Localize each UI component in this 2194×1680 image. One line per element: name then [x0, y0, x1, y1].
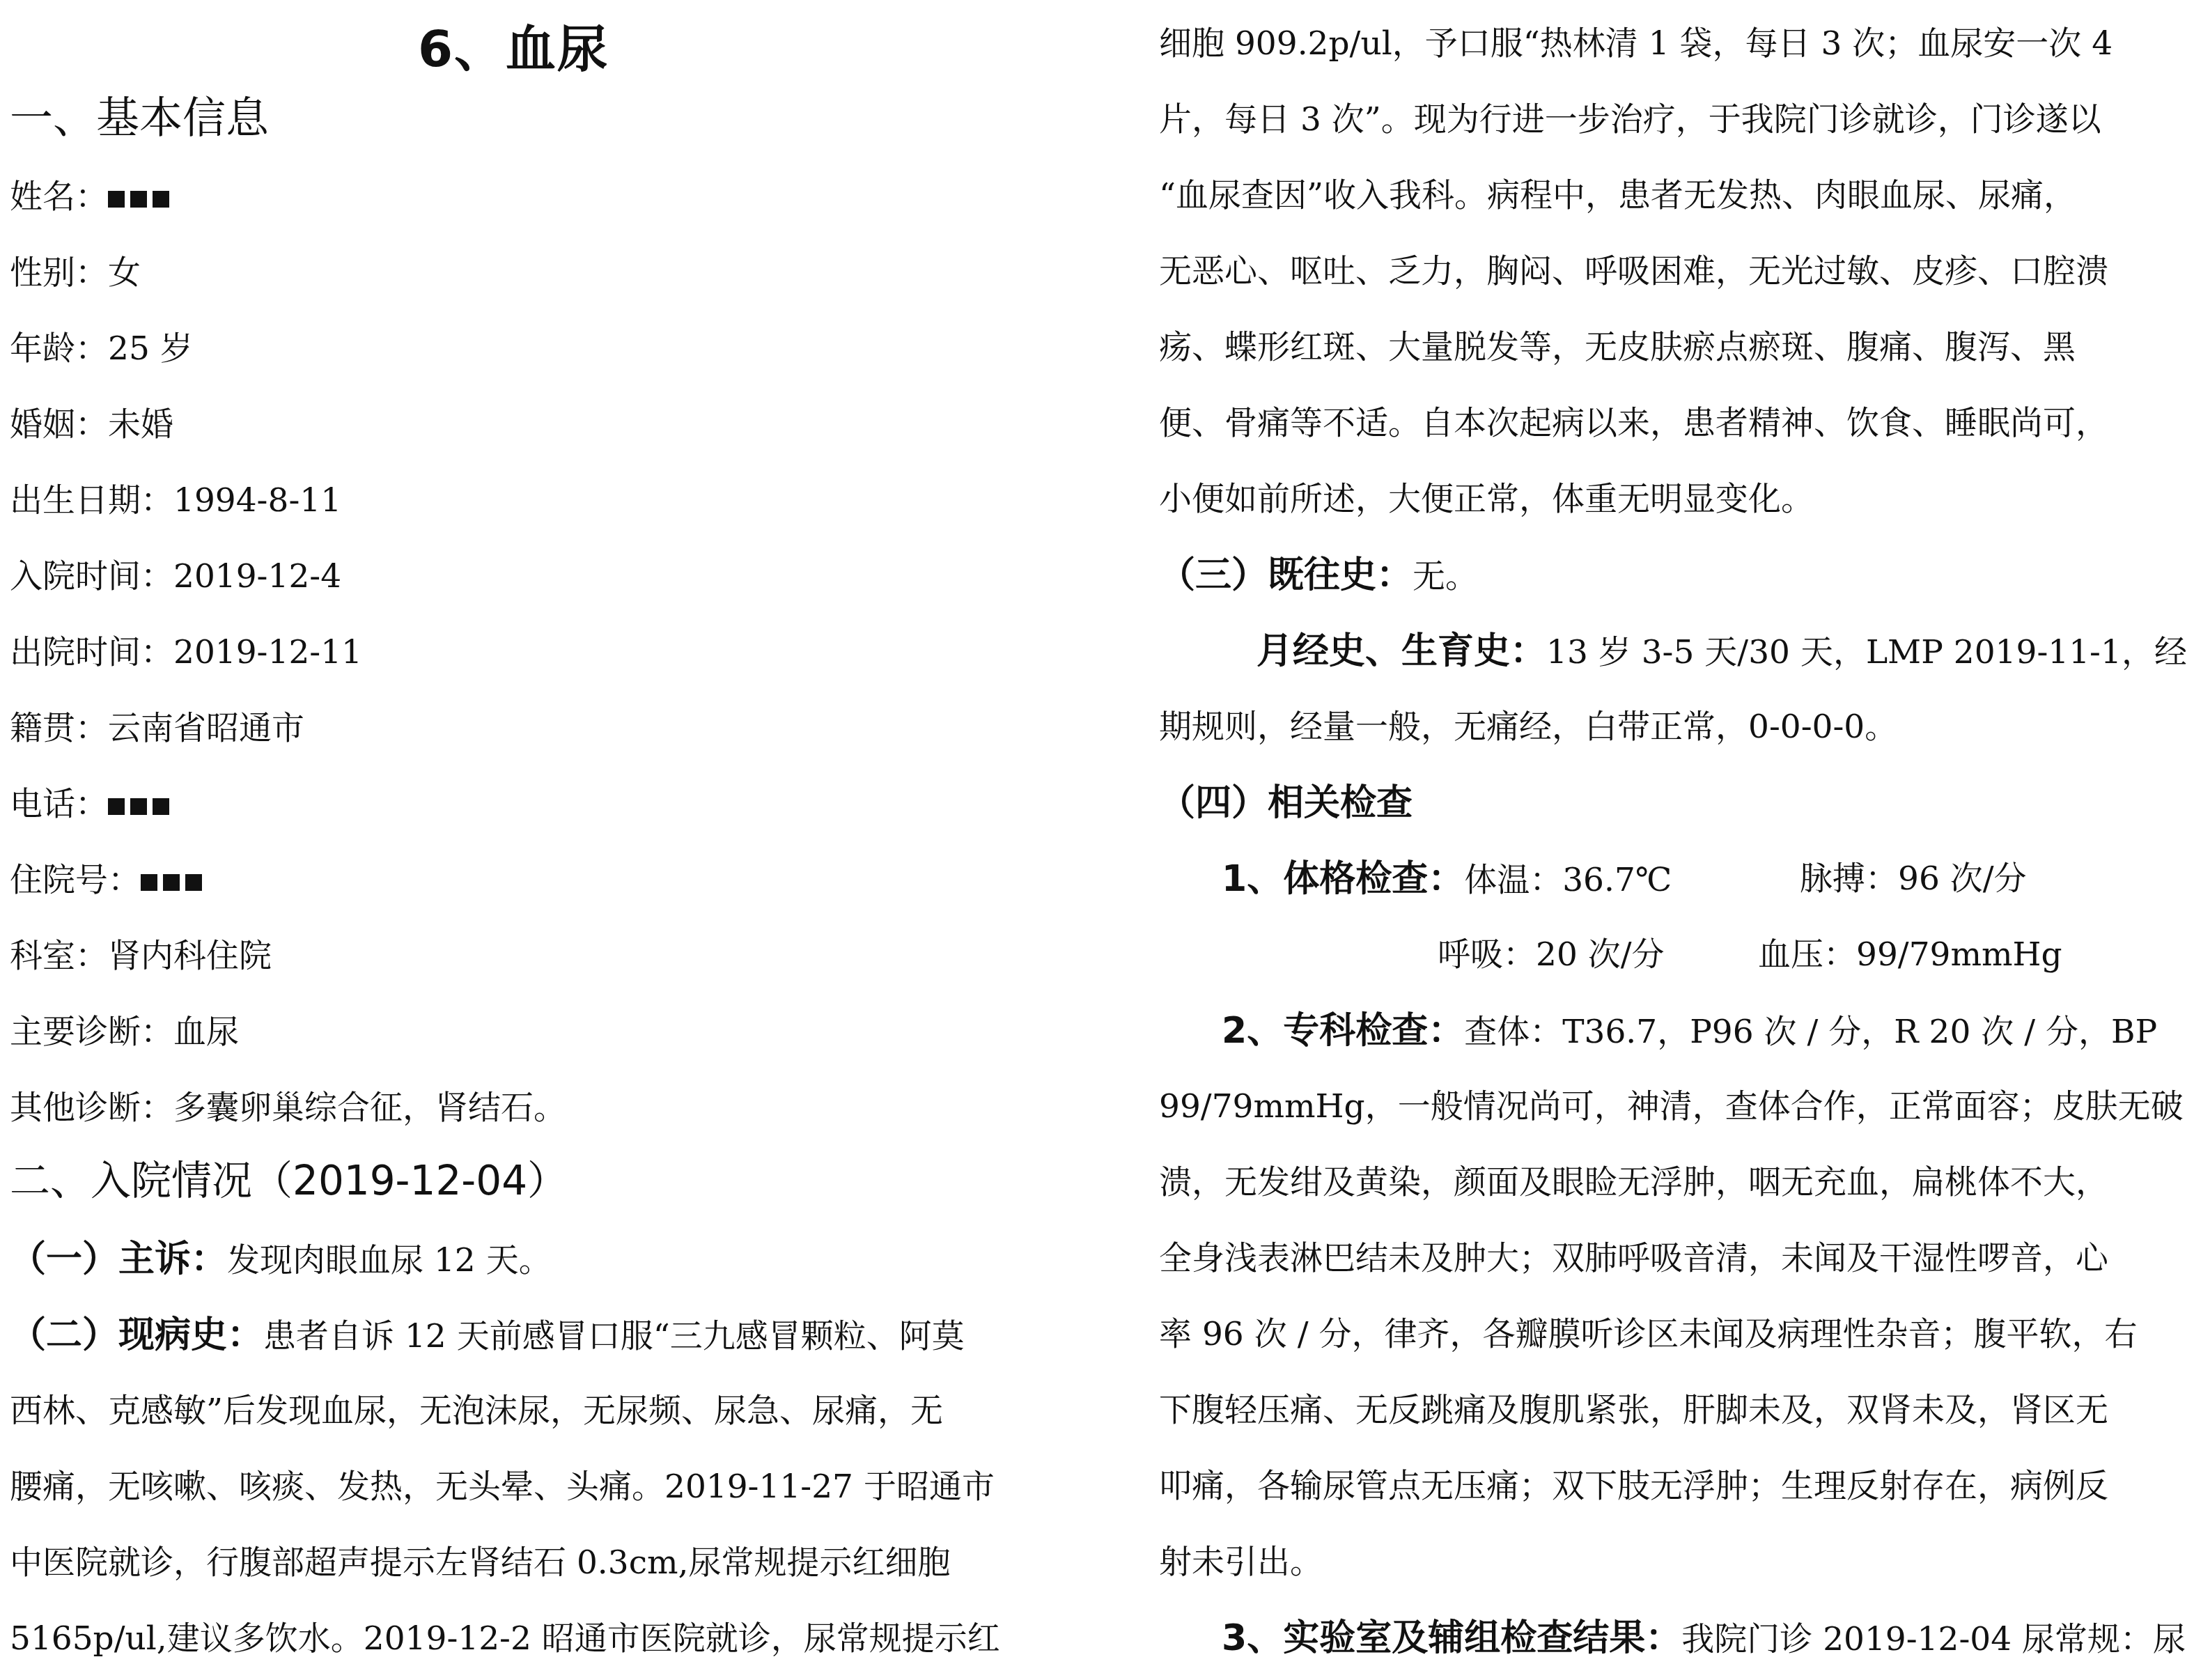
redacted-block [185, 874, 202, 891]
present-illness-line: “血尿查因”收入我科。病程中，患者无发热、肉眼血尿、尿痛， [1159, 175, 2076, 217]
field-gender: 性别：女 [10, 252, 141, 294]
present-illness-line: 中医院就诊，行腹部超声提示左肾结石 0.3cm,尿常规提示红细胞 [10, 1542, 951, 1584]
physical-exam-line: 1、体格检查：体温：36.7℃ [1222, 858, 1672, 901]
field-admission-date: 入院时间：2019-12-4 [10, 556, 341, 598]
redacted-block [153, 798, 169, 815]
present-illness-line: 西林、克感敏”后发现血尿，无泡沫尿，无尿频、尿急、尿痛，无 [10, 1390, 943, 1432]
field-discharge-date: 出院时间：2019-12-11 [10, 632, 362, 674]
redacted-block [153, 191, 169, 208]
specialty-exam-line: 率 96 次 / 分，律齐，各瓣膜听诊区未闻及病理性杂音；腹平软，右 [1159, 1314, 2137, 1355]
chief-complaint: （一）主诉：发现肉眼血尿 12 天。 [10, 1238, 552, 1282]
field-primary-diagnosis: 主要诊断：血尿 [10, 1011, 239, 1053]
field-phone: 电话： [10, 784, 175, 825]
redacted-block [108, 798, 125, 815]
specialty-exam-line: 99/79mmHg，一般情况尚可，神清，查体合作，正常面容；皮肤无破 [1159, 1086, 2184, 1128]
menstrual-history-line: 期规则，经量一般，无痛经，白带正常，0-0-0-0。 [1159, 706, 1897, 748]
page-title: 6、血尿 [418, 14, 609, 84]
present-illness-line: （二）现病史：患者自诉 12 天前感冒口服“三九感冒颗粒、阿莫 [10, 1314, 965, 1358]
field-marital-status: 婚姻：未婚 [10, 404, 173, 446]
lab-results-line: 3、实验室及辅组检查结果：我院门诊 2019-12-04 尿常规：尿 [1222, 1617, 2186, 1660]
field-name: 姓名： [10, 176, 175, 218]
menstrual-history-line: 月经史、生育史：13 岁 3-5 天/30 天，LMP 2019-11-1，经 [1257, 630, 2187, 674]
redacted-block [108, 191, 125, 208]
section-admission-heading: 二、入院情况（2019-12-04） [10, 1153, 568, 1208]
field-age: 年龄：25 岁 [10, 328, 193, 370]
field-native-place: 籍贯：云南省昭通市 [10, 708, 304, 749]
specialty-exam-line: 2、专科检查：查体：T36.7，P96 次 / 分，R 20 次 / 分，BP [1222, 1010, 2157, 1053]
field-department: 科室：肾内科住院 [10, 935, 272, 977]
pulse-value: 脉搏：96 次/分 [1800, 858, 2027, 900]
specialty-exam-line: 下腹轻压痛、无反跳痛及腹肌紧张，肝脚未及，双肾未及，肾区无 [1159, 1390, 2108, 1431]
present-illness-line: 便、骨痛等不适。自本次起病以来，患者精神、饮食、睡眠尚可， [1159, 403, 2108, 444]
redacted-block [130, 798, 147, 815]
specialty-exam-line: 全身浅表淋巴结未及肿大；双肺呼吸音清，未闻及干湿性啰音，心 [1159, 1238, 2108, 1280]
redacted-block [163, 874, 180, 891]
redacted-block [141, 874, 157, 891]
present-illness-line: 小便如前所述，大便正常，体重无明显变化。 [1159, 479, 1814, 520]
blood-pressure-value: 血压：99/79mmHg [1758, 934, 2062, 976]
present-illness-line: 疡、蝶形红斑、大量脱发等，无皮肤瘀点瘀斑、腹痛、腹泻、黑 [1159, 327, 2076, 368]
present-illness-line: 5165p/ul,建议多饮水。2019-12-2 昭通市医院就诊，尿常规提示红 [10, 1618, 1000, 1660]
present-illness-line: 无恶心、呕吐、乏力，胸闷、呼吸困难，无光过敏、皮疹、口腔溃 [1159, 251, 2108, 293]
field-birth-date: 出生日期：1994-8-11 [10, 480, 341, 522]
redacted-block [130, 191, 147, 208]
present-illness-line: 细胞 909.2p/ul，予口服“热林清 1 袋，每日 3 次；血尿安一次 4 [1159, 23, 2113, 65]
specialty-exam-line: 射未引出。 [1159, 1541, 1323, 1583]
past-history: （三）既往史：无。 [1159, 554, 1478, 598]
field-hospital-number: 住院号： [10, 860, 208, 901]
respiration-value: 呼吸：20 次/分 [1438, 934, 1665, 976]
present-illness-line: 片，每日 3 次”。现为行进一步治疗，于我院门诊就诊，门诊遂以 [1159, 99, 2101, 141]
section-basic-info-heading: 一、基本信息 [10, 91, 269, 146]
present-illness-line: 腰痛，无咳嗽、咳痰、发热，无头晕、头痛。2019-11-27 于昭通市 [10, 1466, 995, 1508]
exams-heading: （四）相关检查 [1159, 782, 1413, 824]
specialty-exam-line: 溃，无发绀及黄染，颜面及眼睑无浮肿，咽无充血，扁桃体不大， [1159, 1162, 2108, 1204]
field-other-diagnosis: 其他诊断：多囊卵巢综合征，肾结石。 [10, 1087, 566, 1129]
specialty-exam-line: 叩痛，各输尿管点无压痛；双下肢无浮肿；生理反射存在，病例反 [1159, 1465, 2108, 1507]
